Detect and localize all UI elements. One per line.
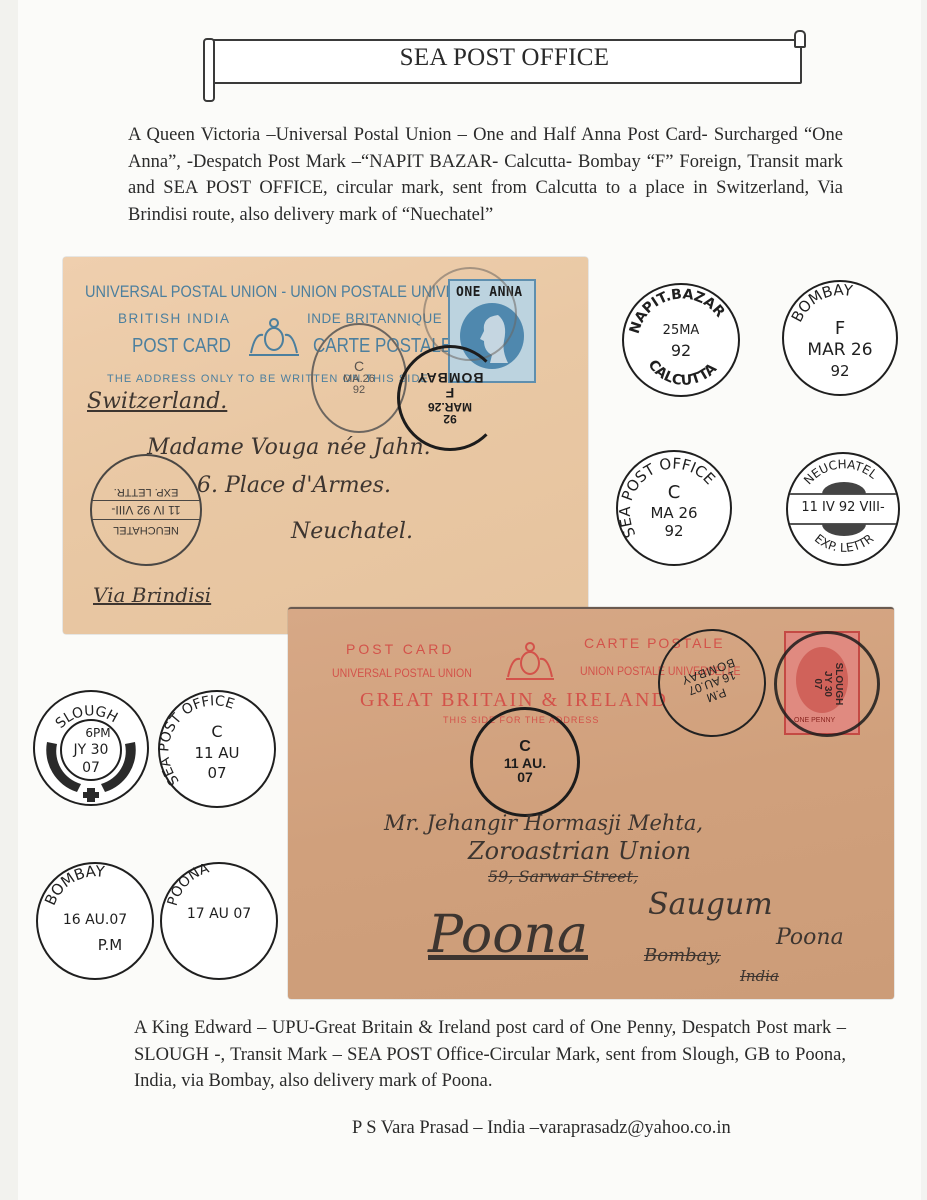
page-left-edge (0, 0, 18, 1200)
card2-address-line-3: 59, Sarwar Street, (488, 867, 638, 886)
card2-address-line-5: Poona (776, 925, 844, 950)
drawn-mark-bombay-f: BOMBAY F MAR 26 92 (782, 280, 898, 396)
drawn-mark-napit-bazar: NAPIT.BAZAR CALCUTTA 25MA 92 (622, 283, 740, 397)
card2-address-line-7: India (740, 967, 779, 985)
postcard-king-edward: POST CARD CARTE POSTALE UNIVERSAL POSTAL… (288, 607, 894, 999)
card1-address-line-2: Madame Vouga née Jahn. (147, 435, 431, 460)
description-bottom: A King Edward – UPU-Great Britain & Irel… (134, 1015, 846, 1095)
card1-address-line-1: Switzerland. (87, 389, 227, 414)
drawn-mark-sea-post-office-2: SEA POST OFFICE C 11 AU 07 (158, 690, 276, 808)
card2-address-line-6: Bombay, (644, 945, 721, 966)
card1-address-line-4: Neuchatel. (291, 519, 413, 544)
card2-address-line-1: Mr. Jehangir Hormasji Mehta, (384, 811, 703, 835)
card2-left-type: POST CARD (346, 641, 454, 657)
royal-coat-of-arms-icon (500, 639, 560, 681)
author-credit: P S Vara Prasad – India –varaprasadz@yah… (352, 1118, 731, 1139)
card1-left-country: BRITISH INDIA (118, 311, 231, 326)
svg-text:BOMBAY: BOMBAY (41, 864, 106, 908)
card1-left-type: POST CARD (132, 335, 231, 358)
card2-big-poona: Poona (428, 905, 588, 965)
royal-coat-of-arms-icon (243, 315, 305, 357)
drawn-mark-neuchatel: NEUCHATEL EXP. LETTR 11 IV 92 VIII- (786, 452, 900, 566)
postcard-queen-victoria: UNIVERSAL POSTAL UNION - UNION POSTALE U… (63, 257, 588, 634)
page-title: SEA POST OFFICE (203, 44, 806, 72)
title-banner: SEA POST OFFICE (203, 36, 806, 86)
card1-neuchatel-postmark: NEUCHATEL 11 IV 92 VIII- EXP. LETTR. (90, 454, 202, 566)
drawn-mark-poona: POONA 17 AU 07 (160, 862, 278, 980)
card1-sea-post-postmark: C MA.26 92 (311, 323, 407, 433)
svg-text:POONA: POONA (165, 864, 212, 908)
card1-address-line-3: 6. Place d'Armes. (197, 473, 391, 498)
card1-route: Via Brindisi (93, 583, 211, 607)
drawn-mark-bombay: BOMBAY 16 AU.07 P.M (36, 862, 154, 980)
cross-icon (83, 788, 99, 802)
card2-address-line-2: Zoroastrian Union (468, 837, 691, 865)
card1-right-country: INDE BRITANNIQUE (307, 311, 442, 326)
ring-text-napit: NAPIT.BAZAR CALCUTTA (624, 285, 738, 395)
svg-text:CALCUTTA: CALCUTTA (645, 357, 721, 389)
card2-address-line-4: Saugum (648, 887, 773, 922)
card2-slough-postmark: SLOUGH JY 30 07 (774, 631, 880, 737)
description-top: A Queen Victoria –Universal Postal Union… (128, 122, 843, 228)
drawn-mark-slough: SLOUGH 6PM JY 30 07 (33, 690, 149, 806)
page-right-edge (921, 0, 927, 1200)
drawn-mark-sea-post-office: SEA POST OFFICE C MA 26 92 (616, 450, 732, 566)
card2-left-union: UNIVERSAL POSTAL UNION (332, 666, 472, 680)
card2-sea-post-postmark: C 11 AU. 07 (470, 707, 580, 817)
